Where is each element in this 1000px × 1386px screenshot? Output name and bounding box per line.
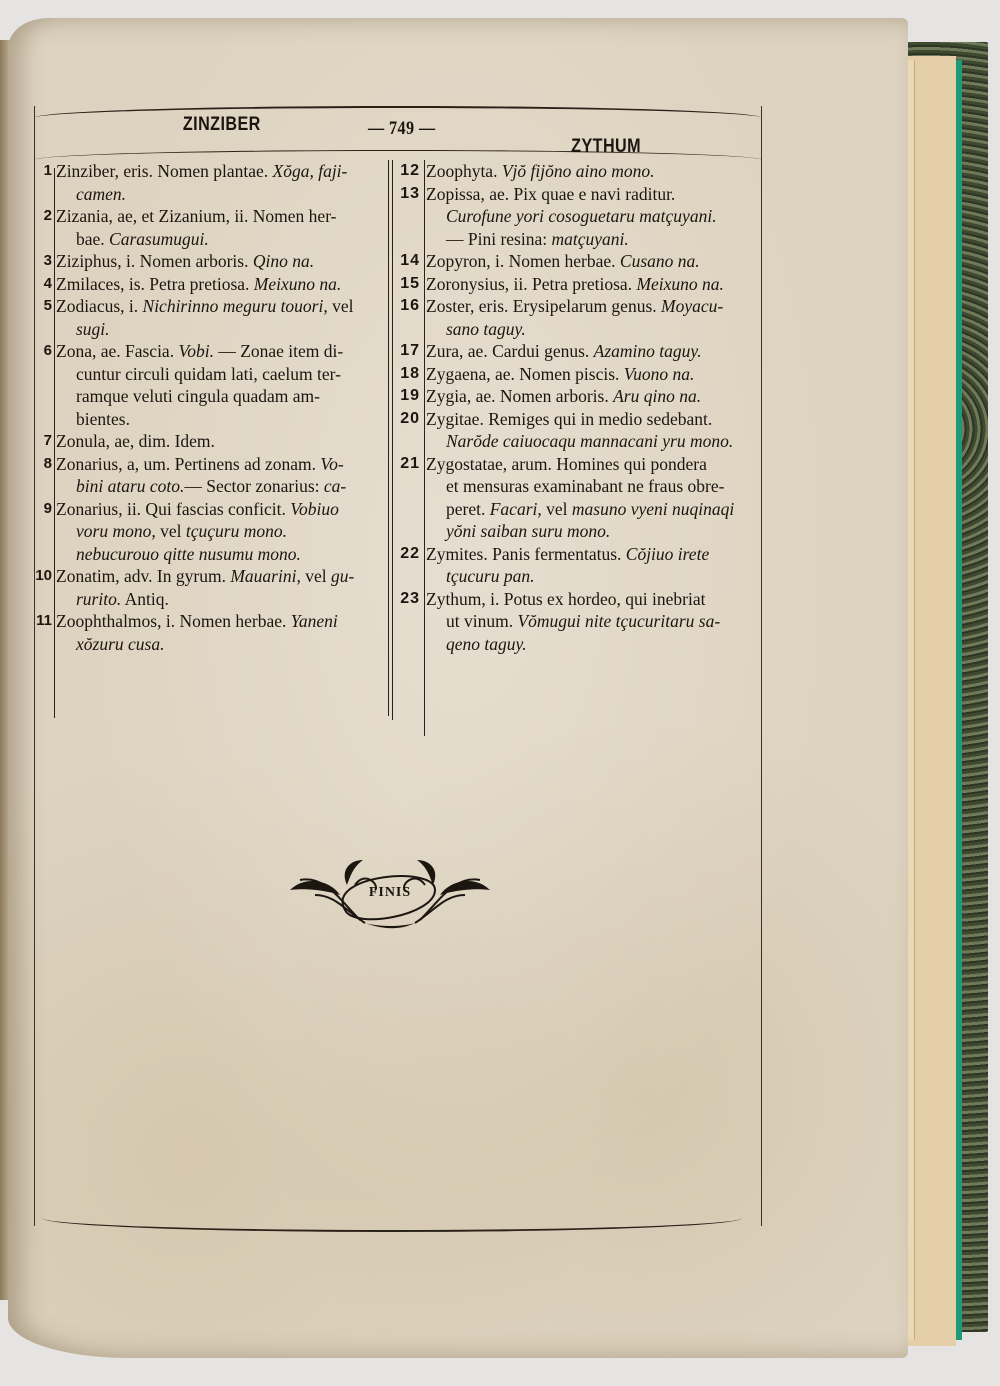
entry-number: 3 xyxy=(32,250,52,273)
japanese-gloss: Vobi. xyxy=(178,341,214,361)
latin-text: Zonatim, adv. In gyrum. xyxy=(56,566,230,586)
latin-text: Zoster, eris. Erysipelarum genus. xyxy=(426,296,661,316)
entry-headword-line: Zoophyta. Vjŏ fijŏno aino mono. xyxy=(426,160,752,183)
entry-number: 9 xyxy=(32,498,52,521)
dictionary-entry: 18Zygaena, ae. Nomen piscis. Vuono na. xyxy=(426,363,752,386)
japanese-gloss: Azamino taguy. xyxy=(594,341,702,361)
dictionary-entry: 8Zonarius, a, um. Pertinens ad zonam. Vo… xyxy=(56,453,386,498)
entry-continuation-line: bini ataru coto.— Sector zonarius: ca- xyxy=(56,475,386,498)
japanese-gloss: Vobiuo xyxy=(290,499,339,519)
entry-continuation-line: voru mono, vel tçuçuru mono. xyxy=(56,520,386,543)
latin-text: peret. xyxy=(446,499,490,519)
japanese-gloss: Curofune yori cosoguetaru matçuyani. xyxy=(446,206,717,226)
entry-continuation-line: yŏni saiban suru mono. xyxy=(426,520,752,543)
entry-continuation-line: bae. Carasumugui. xyxy=(56,228,386,251)
entry-headword-line: Zythum, i. Potus ex hordeo, qui inebriat xyxy=(426,588,752,611)
entry-continuation-line: sugi. xyxy=(56,318,386,341)
entry-headword-line: Ziziphus, i. Nomen arboris. Qino na. xyxy=(56,250,386,273)
latin-text: Zona, ae. Fascia. xyxy=(56,341,178,361)
latin-text: Zodiacus, i. xyxy=(56,296,143,316)
entry-number: 13 xyxy=(392,183,420,206)
latin-text: Zura, ae. Cardui genus. xyxy=(426,341,594,361)
japanese-gloss: camen. xyxy=(76,184,126,204)
latin-text: vel xyxy=(542,499,572,519)
japanese-gloss: Vŏmugui nite tçucuritaru sa- xyxy=(517,611,720,631)
running-head-left: ZINZIBER xyxy=(183,114,261,136)
entry-number: 4 xyxy=(32,273,52,296)
japanese-gloss: Mauarini, xyxy=(230,566,301,586)
entry-number: 10 xyxy=(32,565,52,588)
japanese-gloss: Yaneni xyxy=(291,611,338,631)
entry-headword-line: Zoster, eris. Erysipelarum genus. Moyacu… xyxy=(426,295,752,318)
latin-text: Zonarius, ii. Qui fascias conficit. xyxy=(56,499,290,519)
japanese-gloss: xŏzuru cusa. xyxy=(76,634,164,654)
entry-number: 1 xyxy=(32,160,52,183)
latin-text: ramque veluti cingula quadam am- xyxy=(76,386,320,406)
entry-continuation-line: Narŏde caiuocaqu mannacani yru mono. xyxy=(426,430,752,453)
dictionary-entry: 5Zodiacus, i. Nichirinno meguru touori, … xyxy=(56,295,386,340)
entry-continuation-line: bientes. xyxy=(56,408,386,431)
entry-continuation-line: tçucuru pan. xyxy=(426,565,752,588)
latin-text: Zygostatae, arum. Homines qui pondera xyxy=(426,454,707,474)
dictionary-entry: 6Zona, ae. Fascia. Vobi. — Zonae item di… xyxy=(56,340,386,430)
entry-continuation-line: nebucurouo qitte nusumu mono. xyxy=(56,543,386,566)
japanese-gloss: masuno vyeni nuqinaqi xyxy=(572,499,734,519)
entry-number: 6 xyxy=(32,340,52,363)
dictionary-entry: 9Zonarius, ii. Qui fascias conficit. Vob… xyxy=(56,498,386,566)
entry-number: 8 xyxy=(32,453,52,476)
latin-text: Zonarius, a, um. Pertinens ad zonam. xyxy=(56,454,320,474)
japanese-gloss: matçuyani. xyxy=(551,229,628,249)
entry-continuation-line: Curofune yori cosoguetaru matçuyani. xyxy=(426,205,752,228)
entry-number: 12 xyxy=(392,160,420,183)
entry-headword-line: Zonula, ae, dim. Idem. xyxy=(56,430,386,453)
latin-text: vel xyxy=(328,296,354,316)
japanese-gloss: Qino na. xyxy=(253,251,314,271)
entry-number: 23 xyxy=(392,588,420,611)
japanese-gloss: gu- xyxy=(331,566,354,586)
latin-text: Zopyron, i. Nomen herbae. xyxy=(426,251,620,271)
latin-text: Zopissa, ae. Pix quae e navi raditur. xyxy=(426,184,675,204)
entry-number: 17 xyxy=(392,340,420,363)
entry-number: 2 xyxy=(32,205,52,228)
dictionary-entry: 21Zygostatae, arum. Homines qui ponderae… xyxy=(426,453,752,543)
latin-text: ut vinum. xyxy=(446,611,517,631)
page-stack-edge-inner xyxy=(908,60,915,1340)
entry-headword-line: Zinziber, eris. Nomen plantae. Xŏga, faj… xyxy=(56,160,386,183)
japanese-gloss: rurito. xyxy=(76,589,121,609)
entry-headword-line: Zopyron, i. Nomen herbae. Cusano na. xyxy=(426,250,752,273)
dictionary-entry: 16Zoster, eris. Erysipelarum genus. Moya… xyxy=(426,295,752,340)
latin-text: Zmilaces, is. Petra pretiosa. xyxy=(56,274,254,294)
entry-headword-line: Zodiacus, i. Nichirinno meguru touori, v… xyxy=(56,295,386,318)
latin-text: Zymites. Panis fermentatus. xyxy=(426,544,626,564)
dictionary-entry: 13Zopissa, ae. Pix quae e navi raditur.C… xyxy=(426,183,752,251)
entry-number: 5 xyxy=(32,295,52,318)
dictionary-entry: 2Zizania, ae, et Zizanium, ii. Nomen her… xyxy=(56,205,386,250)
finis-ornament: FINIS xyxy=(285,855,495,935)
entry-headword-line: Zygitae. Remiges qui in medio sedebant. xyxy=(426,408,752,431)
japanese-gloss: Xŏga, faji- xyxy=(273,161,348,181)
japanese-gloss: Meixuno na. xyxy=(254,274,341,294)
latin-text: Zygitae. Remiges qui in medio sedebant. xyxy=(426,409,712,429)
entry-headword-line: Zura, ae. Cardui genus. Azamino taguy. xyxy=(426,340,752,363)
running-head-right: ZYTHUM xyxy=(571,136,641,158)
japanese-gloss: Vuono na. xyxy=(624,364,695,384)
column-divider-2 xyxy=(392,160,393,720)
latin-text: et mensuras examinabant ne fraus obre- xyxy=(446,476,724,496)
dictionary-entry: 17Zura, ae. Cardui genus. Azamino taguy. xyxy=(426,340,752,363)
entry-continuation-line: xŏzuru cusa. xyxy=(56,633,386,656)
latin-text: Zizania, ae, et Zizanium, ii. Nomen her- xyxy=(56,206,337,226)
japanese-gloss: Vjŏ fijŏno aino mono. xyxy=(502,161,655,181)
dictionary-entry: 15Zoronysius, ii. Petra pretiosa. Meixun… xyxy=(426,273,752,296)
japanese-gloss: Cŏjiuo irete xyxy=(626,544,709,564)
entry-continuation-line: cuntur circuli quidam lati, caelum ter- xyxy=(56,363,386,386)
entry-continuation-line: et mensuras examinabant ne fraus obre- xyxy=(426,475,752,498)
entry-number: 14 xyxy=(392,250,420,273)
entry-continuation-line: qeno taguy. xyxy=(426,633,752,656)
entry-continuation-line: camen. xyxy=(56,183,386,206)
entry-number: 11 xyxy=(32,610,52,633)
dictionary-entry: 22Zymites. Panis fermentatus. Cŏjiuo ire… xyxy=(426,543,752,588)
number-column-rule-left xyxy=(54,168,55,718)
dictionary-entry: 3Ziziphus, i. Nomen arboris. Qino na. xyxy=(56,250,386,273)
entry-headword-line: Zonarius, a, um. Pertinens ad zonam. Vo- xyxy=(56,453,386,476)
latin-text: Zinziber, eris. Nomen plantae. xyxy=(56,161,273,181)
latin-text: vel xyxy=(156,521,186,541)
japanese-gloss: Carasumugui. xyxy=(109,229,209,249)
latin-text: Zygaena, ae. Nomen piscis. xyxy=(426,364,624,384)
entry-number: 7 xyxy=(32,430,52,453)
latin-text: vel xyxy=(301,566,331,586)
japanese-gloss: bini ataru coto. xyxy=(76,476,184,496)
entry-number: 18 xyxy=(392,363,420,386)
japanese-gloss: Vo- xyxy=(320,454,343,474)
dictionary-entry: 11Zoophthalmos, i. Nomen herbae. Yanenix… xyxy=(56,610,386,655)
entry-headword-line: Zonatim, adv. In gyrum. Mauarini, vel gu… xyxy=(56,565,386,588)
latin-text: — Zonae item di- xyxy=(214,341,343,361)
entry-headword-line: Zoronysius, ii. Petra pretiosa. Meixuno … xyxy=(426,273,752,296)
latin-text: cuntur circuli quidam lati, caelum ter- xyxy=(76,364,341,384)
entry-headword-line: Zonarius, ii. Qui fascias conficit. Vobi… xyxy=(56,498,386,521)
entry-headword-line: Zoophthalmos, i. Nomen herbae. Yaneni xyxy=(56,610,386,633)
japanese-gloss: tçucuru pan. xyxy=(446,566,534,586)
latin-text: Zoophthalmos, i. Nomen herbae. xyxy=(56,611,291,631)
entry-number: 21 xyxy=(392,453,420,476)
entry-continuation-line: ramque veluti cingula quadam am- xyxy=(56,385,386,408)
latin-text: Zythum, i. Potus ex hordeo, qui inebriat xyxy=(426,589,705,609)
japanese-gloss: yŏni saiban suru mono. xyxy=(446,521,610,541)
entry-number: 20 xyxy=(392,408,420,431)
entry-headword-line: Zopissa, ae. Pix quae e navi raditur. xyxy=(426,183,752,206)
japanese-gloss: sano taguy. xyxy=(446,319,526,339)
japanese-gloss: tçuçuru mono. xyxy=(186,521,287,541)
dictionary-entry: 20Zygitae. Remiges qui in medio sedebant… xyxy=(426,408,752,453)
japanese-gloss: Facari, xyxy=(490,499,542,519)
japanese-gloss: nebucurouo qitte nusumu mono. xyxy=(76,544,301,564)
entry-continuation-line: sano taguy. xyxy=(426,318,752,341)
japanese-gloss: Cusano na. xyxy=(620,251,700,271)
dictionary-entry: 19Zygia, ae. Nomen arboris. Aru qino na. xyxy=(426,385,752,408)
latin-text: Zonula, ae, dim. Idem. xyxy=(56,431,215,451)
japanese-gloss: ca- xyxy=(324,476,346,496)
latin-text: Antiq. xyxy=(121,589,169,609)
entry-continuation-line: rurito. Antiq. xyxy=(56,588,386,611)
entry-headword-line: Zygostatae, arum. Homines qui pondera xyxy=(426,453,752,476)
entry-continuation-line: ut vinum. Vŏmugui nite tçucuritaru sa- xyxy=(426,610,752,633)
japanese-gloss: qeno taguy. xyxy=(446,634,527,654)
latin-text: — Sector zonarius: xyxy=(184,476,323,496)
dictionary-entry: 7Zonula, ae, dim. Idem. xyxy=(56,430,386,453)
dictionary-entry: 12Zoophyta. Vjŏ fijŏno aino mono. xyxy=(426,160,752,183)
dictionary-entry: 1Zinziber, eris. Nomen plantae. Xŏga, fa… xyxy=(56,160,386,205)
right-column: 12Zoophyta. Vjŏ fijŏno aino mono.13Zopis… xyxy=(426,160,752,655)
entry-continuation-line: — Pini resina: matçuyani. xyxy=(426,228,752,251)
latin-text: bae. xyxy=(76,229,109,249)
entry-number: 22 xyxy=(392,543,420,566)
japanese-gloss: Moyacu- xyxy=(661,296,723,316)
entry-number: 16 xyxy=(392,295,420,318)
japanese-gloss: Aru qino na. xyxy=(613,386,701,406)
japanese-gloss: Meixuno na. xyxy=(636,274,723,294)
entry-headword-line: Zygia, ae. Nomen arboris. Aru qino na. xyxy=(426,385,752,408)
entry-headword-line: Zygaena, ae. Nomen piscis. Vuono na. xyxy=(426,363,752,386)
latin-text: bientes. xyxy=(76,409,130,429)
number-column-rule-right xyxy=(424,160,425,736)
entry-headword-line: Zmilaces, is. Petra pretiosa. Meixuno na… xyxy=(56,273,386,296)
entry-headword-line: Zymites. Panis fermentatus. Cŏjiuo irete xyxy=(426,543,752,566)
japanese-gloss: Nichirinno meguru touori, xyxy=(143,296,328,316)
entry-headword-line: Zizania, ae, et Zizanium, ii. Nomen her- xyxy=(56,205,386,228)
entry-headword-line: Zona, ae. Fascia. Vobi. — Zonae item di- xyxy=(56,340,386,363)
left-column: 1Zinziber, eris. Nomen plantae. Xŏga, fa… xyxy=(56,160,386,655)
page-number: — 749 — xyxy=(368,118,436,140)
entry-number: 19 xyxy=(392,385,420,408)
latin-text: Zoronysius, ii. Petra pretiosa. xyxy=(426,274,636,294)
entry-number: 15 xyxy=(392,273,420,296)
latin-text: Zoophyta. xyxy=(426,161,502,181)
column-divider-1 xyxy=(388,160,389,716)
dictionary-entry: 23Zythum, i. Potus ex hordeo, qui inebri… xyxy=(426,588,752,656)
dictionary-entry: 4Zmilaces, is. Petra pretiosa. Meixuno n… xyxy=(56,273,386,296)
finis-label: FINIS xyxy=(285,885,495,901)
latin-text: Ziziphus, i. Nomen arboris. xyxy=(56,251,253,271)
japanese-gloss: Narŏde caiuocaqu mannacani yru mono. xyxy=(446,431,733,451)
japanese-gloss: sugi. xyxy=(76,319,110,339)
dictionary-entry: 10Zonatim, adv. In gyrum. Mauarini, vel … xyxy=(56,565,386,610)
latin-text: — Pini resina: xyxy=(446,229,551,249)
dictionary-entry: 14Zopyron, i. Nomen herbae. Cusano na. xyxy=(426,250,752,273)
entry-continuation-line: peret. Facari, vel masuno vyeni nuqinaqi xyxy=(426,498,752,521)
frame-rule-bottom xyxy=(42,1190,742,1232)
latin-text: Zygia, ae. Nomen arboris. xyxy=(426,386,613,406)
japanese-gloss: voru mono, xyxy=(76,521,156,541)
